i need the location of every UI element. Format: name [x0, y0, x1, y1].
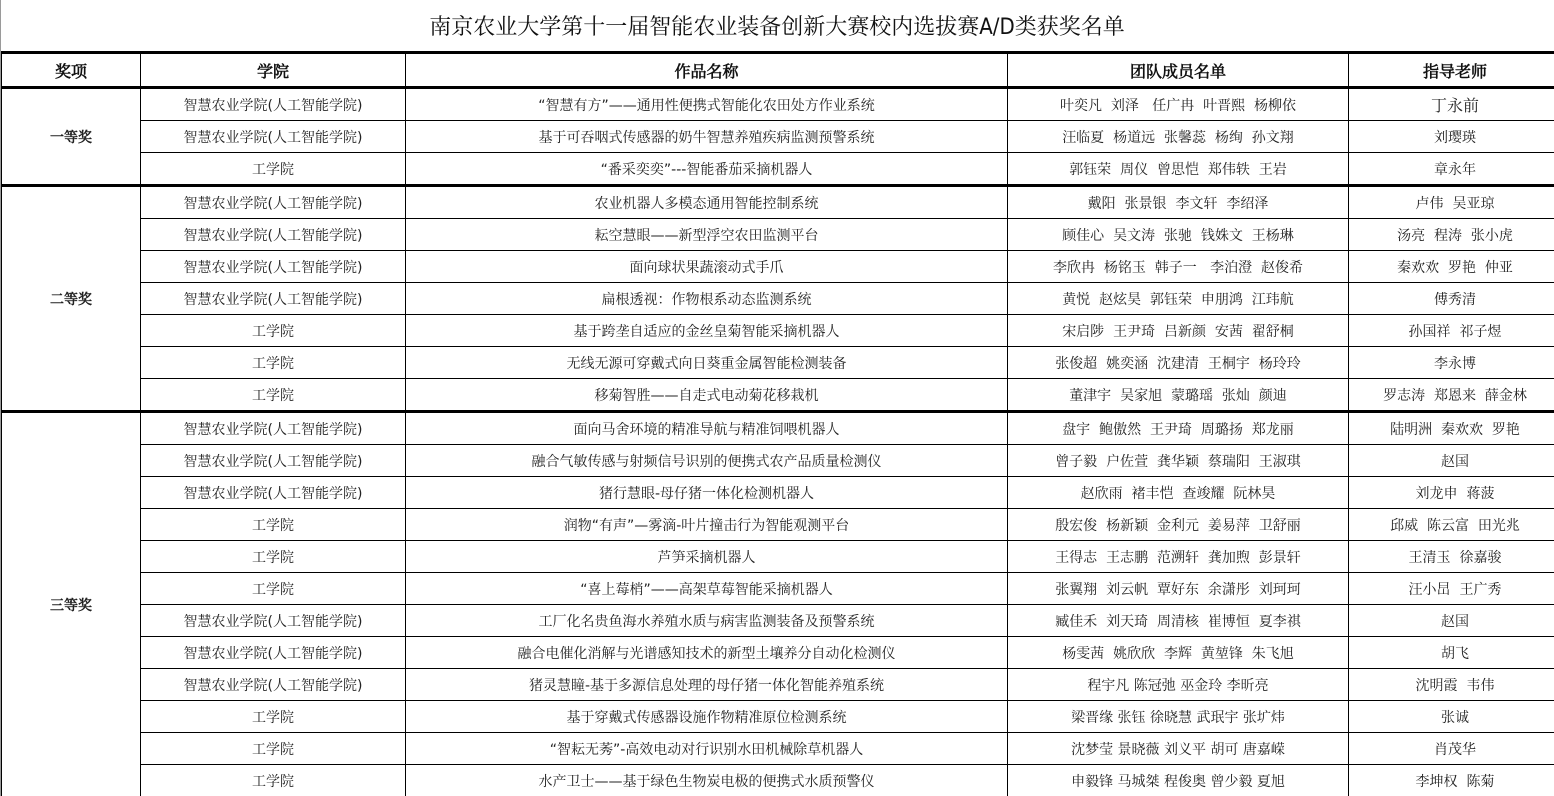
college-cell[interactable]: 智慧农业学院(人工智能学院) — [141, 637, 406, 669]
work-title-cell[interactable]: “喜上莓梢”——高架草莓智能采摘机器人 — [406, 573, 1008, 605]
work-title-cell[interactable]: 移菊智胜——自走式电动菊花移栽机 — [406, 379, 1008, 412]
table-row: 工学院“番采奕奕”---智能番茄采摘机器人郭钰荣 周仪 曾思恺 郑伟轶 王岩章永… — [2, 153, 1554, 186]
team-members-cell[interactable]: 申毅锋 马城桀 程俊奥 曾少毅 夏旭 — [1008, 765, 1349, 796]
advisor-cell[interactable]: 刘璎瑛 — [1349, 121, 1554, 153]
advisor-cell[interactable]: 汤亮 程涛 张小虎 — [1349, 219, 1554, 251]
table-row: 工学院基于跨垄自适应的金丝皇菊智能采摘机器人宋启陟 王尹琦 吕新颜 安茜 翟舒桐… — [2, 315, 1554, 347]
table-row: 工学院移菊智胜——自走式电动菊花移栽机董津宇 吴家旭 蒙璐瑶 张灿 颜迪罗志涛 … — [2, 379, 1554, 412]
college-cell[interactable]: 智慧农业学院(人工智能学院) — [141, 251, 406, 283]
work-title-cell[interactable]: 融合气敏传感与射频信号识别的便携式农产品质量检测仪 — [406, 445, 1008, 477]
work-title-cell[interactable]: 面向球状果蔬滚动式手爪 — [406, 251, 1008, 283]
college-cell[interactable]: 工学院 — [141, 315, 406, 347]
advisor-cell[interactable]: 孙国祥 祁子煜 — [1349, 315, 1554, 347]
table-row: 三等奖智慧农业学院(人工智能学院)面向马舍环境的精准导航与精准饲喂机器人盘宇 鲍… — [2, 412, 1554, 445]
team-members-cell[interactable]: 王得志 王志鹏 范溯轩 龚加煦 彭景轩 — [1008, 541, 1349, 573]
team-members-cell[interactable]: 赵欣雨 褚丰恺 查竣耀 阮林昊 — [1008, 477, 1349, 509]
college-cell[interactable]: 工学院 — [141, 509, 406, 541]
team-members-cell[interactable]: 曾子毅 户佐萱 龚华颖 蔡瑞阳 王淑琪 — [1008, 445, 1349, 477]
advisor-cell[interactable]: 胡飞 — [1349, 637, 1554, 669]
team-members-cell[interactable]: 戴阳 张景银 李文轩 李绍泽 — [1008, 186, 1349, 219]
table-row: 智慧农业学院(人工智能学院)面向球状果蔬滚动式手爪李欣冉 杨铭玉 韩子一 李泊澄… — [2, 251, 1554, 283]
work-title-cell[interactable]: 猪灵慧瞳-基于多源信息处理的母仔猪一体化智能养殖系统 — [406, 669, 1008, 701]
team-members-cell[interactable]: 张俊超 姚奕涵 沈建清 王桐宇 杨玲玲 — [1008, 347, 1349, 379]
team-members-cell[interactable]: 沈梦莹 景晓薇 刘义平 胡可 唐嘉嵘 — [1008, 733, 1349, 765]
college-cell[interactable]: 工学院 — [141, 765, 406, 796]
college-cell[interactable]: 工学院 — [141, 347, 406, 379]
team-members-cell[interactable]: 顾佳心 吴文涛 张驰 钱姝文 王杨琳 — [1008, 219, 1349, 251]
awards-table: 奖项 学院 作品名称 团队成员名单 指导老师 一等奖智慧农业学院(人工智能学院)… — [1, 51, 1554, 796]
award-cell[interactable]: 二等奖 — [2, 186, 141, 412]
work-title-cell[interactable]: 猪行慧眼-母仔猪一体化检测机器人 — [406, 477, 1008, 509]
college-cell[interactable]: 工学院 — [141, 541, 406, 573]
advisor-cell[interactable]: 张诚 — [1349, 701, 1554, 733]
sheet-title: 南京农业大学第十一届智能农业装备创新大赛校内选拔赛A/D类获奖名单 — [0, 0, 1554, 51]
college-cell[interactable]: 工学院 — [141, 701, 406, 733]
work-title-cell[interactable]: 无线无源可穿戴式向日葵重金属智能检测装备 — [406, 347, 1008, 379]
header-college[interactable]: 学院 — [141, 53, 406, 88]
award-cell[interactable]: 三等奖 — [2, 412, 141, 796]
advisor-cell[interactable]: 赵国 — [1349, 605, 1554, 637]
advisor-cell[interactable]: 陆明洲 秦欢欢 罗艳 — [1349, 412, 1554, 445]
work-title-cell[interactable]: 工厂化名贵鱼海水养殖水质与病害监测装备及预警系统 — [406, 605, 1008, 637]
work-title-cell[interactable]: 基于可吞咽式传感器的奶牛智慧养殖疾病监测预警系统 — [406, 121, 1008, 153]
advisor-cell[interactable]: 刘龙申 蒋菠 — [1349, 477, 1554, 509]
table-row: 工学院润物“有声”—雾滴-叶片撞击行为智能观测平台殷宏俊 杨新颖 金利元 姜易萍… — [2, 509, 1554, 541]
work-title-cell[interactable]: 润物“有声”—雾滴-叶片撞击行为智能观测平台 — [406, 509, 1008, 541]
table-row: 智慧农业学院(人工智能学院)猪行慧眼-母仔猪一体化检测机器人赵欣雨 褚丰恺 查竣… — [2, 477, 1554, 509]
work-title-cell[interactable]: 融合电催化消解与光谱感知技术的新型土壤养分自动化检测仪 — [406, 637, 1008, 669]
team-members-cell[interactable]: 盘宇 鲍傲然 王尹琦 周璐扬 郑龙丽 — [1008, 412, 1349, 445]
work-title-cell[interactable]: 芦笋采摘机器人 — [406, 541, 1008, 573]
work-title-cell[interactable]: 基于跨垄自适应的金丝皇菊智能采摘机器人 — [406, 315, 1008, 347]
table-row: 智慧农业学院(人工智能学院)融合气敏传感与射频信号识别的便携式农产品质量检测仪曾… — [2, 445, 1554, 477]
team-members-cell[interactable]: 董津宇 吴家旭 蒙璐瑶 张灿 颜迪 — [1008, 379, 1349, 412]
advisor-cell[interactable]: 王清玉 徐嘉骏 — [1349, 541, 1554, 573]
table-row: 工学院水产卫士——基于绿色生物炭电极的便携式水质预警仪申毅锋 马城桀 程俊奥 曾… — [2, 765, 1554, 796]
work-title-cell[interactable]: 面向马舍环境的精准导航与精准饲喂机器人 — [406, 412, 1008, 445]
advisor-cell[interactable]: 邱威 陈云富 田光兆 — [1349, 509, 1554, 541]
advisor-cell[interactable]: 李坤权 陈菊 — [1349, 765, 1554, 796]
table-row: 智慧农业学院(人工智能学院)猪灵慧瞳-基于多源信息处理的母仔猪一体化智能养殖系统… — [2, 669, 1554, 701]
table-row: 工学院基于穿戴式传感器设施作物精准原位检测系统梁晋缘 张钰 徐晓慧 武珉宇 张圹… — [2, 701, 1554, 733]
team-members-cell[interactable]: 宋启陟 王尹琦 吕新颜 安茜 翟舒桐 — [1008, 315, 1349, 347]
table-row: 工学院“喜上莓梢”——高架草莓智能采摘机器人张翼翔 刘云帆 覃好东 余潇彤 刘珂… — [2, 573, 1554, 605]
college-cell[interactable]: 工学院 — [141, 153, 406, 186]
team-members-cell[interactable]: 杨雯茜 姚欣欣 李辉 黄堃锋 朱飞旭 — [1008, 637, 1349, 669]
table-row: 智慧农业学院(人工智能学院)基于可吞咽式传感器的奶牛智慧养殖疾病监测预警系统汪临… — [2, 121, 1554, 153]
advisor-cell[interactable]: 丁永前 — [1349, 88, 1554, 121]
advisor-cell[interactable]: 罗志涛 郑恩来 薛金林 — [1349, 379, 1554, 412]
work-title-cell[interactable]: 耘空慧眼——新型浮空农田监测平台 — [406, 219, 1008, 251]
advisor-cell[interactable]: 赵国 — [1349, 445, 1554, 477]
advisor-cell[interactable]: 傅秀清 — [1349, 283, 1554, 315]
header-work-title[interactable]: 作品名称 — [406, 53, 1008, 88]
table-row: 智慧农业学院(人工智能学院)耘空慧眼——新型浮空农田监测平台顾佳心 吴文涛 张驰… — [2, 219, 1554, 251]
work-title-cell[interactable]: 扁根透视：作物根系动态监测系统 — [406, 283, 1008, 315]
work-title-cell[interactable]: “智耘无莠”-高效电动对行识别水田机械除草机器人 — [406, 733, 1008, 765]
table-row: 工学院“智耘无莠”-高效电动对行识别水田机械除草机器人沈梦莹 景晓薇 刘义平 胡… — [2, 733, 1554, 765]
college-cell[interactable]: 智慧农业学院(人工智能学院) — [141, 121, 406, 153]
team-members-cell[interactable]: 张翼翔 刘云帆 覃好东 余潇彤 刘珂珂 — [1008, 573, 1349, 605]
table-row: 一等奖智慧农业学院(人工智能学院)“智慧有方”——通用性便携式智能化农田处方作业… — [2, 88, 1554, 121]
team-members-cell[interactable]: 殷宏俊 杨新颖 金利元 姜易萍 卫舒丽 — [1008, 509, 1349, 541]
college-cell[interactable]: 智慧农业学院(人工智能学院) — [141, 219, 406, 251]
award-cell[interactable]: 一等奖 — [2, 88, 141, 186]
work-title-cell[interactable]: 水产卫士——基于绿色生物炭电极的便携式水质预警仪 — [406, 765, 1008, 796]
college-cell[interactable]: 智慧农业学院(人工智能学院) — [141, 283, 406, 315]
team-members-cell[interactable]: 李欣冉 杨铭玉 韩子一 李泊澄 赵俊希 — [1008, 251, 1349, 283]
advisor-cell[interactable]: 沈明霞 韦伟 — [1349, 669, 1554, 701]
advisor-cell[interactable]: 章永年 — [1349, 153, 1554, 186]
work-title-cell[interactable]: “智慧有方”——通用性便携式智能化农田处方作业系统 — [406, 88, 1008, 121]
table-row: 工学院芦笋采摘机器人王得志 王志鹏 范溯轩 龚加煦 彭景轩王清玉 徐嘉骏 — [2, 541, 1554, 573]
table-row: 工学院无线无源可穿戴式向日葵重金属智能检测装备张俊超 姚奕涵 沈建清 王桐宇 杨… — [2, 347, 1554, 379]
header-row: 奖项 学院 作品名称 团队成员名单 指导老师 — [2, 53, 1554, 88]
team-members-cell[interactable]: 梁晋缘 张钰 徐晓慧 武珉宇 张圹炜 — [1008, 701, 1349, 733]
header-award[interactable]: 奖项 — [2, 53, 141, 88]
advisor-cell[interactable]: 李永博 — [1349, 347, 1554, 379]
team-members-cell[interactable]: 黄悦 赵炫昊 郭钰荣 申朋鸿 江玮航 — [1008, 283, 1349, 315]
college-cell[interactable]: 智慧农业学院(人工智能学院) — [141, 605, 406, 637]
table-row: 二等奖智慧农业学院(人工智能学院)农业机器人多模态通用智能控制系统戴阳 张景银 … — [2, 186, 1554, 219]
team-members-cell[interactable]: 程宇凡 陈冠弛 巫金玲 李昕亮 — [1008, 669, 1349, 701]
college-cell[interactable]: 智慧农业学院(人工智能学院) — [141, 477, 406, 509]
table-row: 智慧农业学院(人工智能学院)扁根透视：作物根系动态监测系统黄悦 赵炫昊 郭钰荣 … — [2, 283, 1554, 315]
college-cell[interactable]: 工学院 — [141, 379, 406, 412]
college-cell[interactable]: 工学院 — [141, 573, 406, 605]
advisor-cell[interactable]: 肖茂华 — [1349, 733, 1554, 765]
header-advisor[interactable]: 指导老师 — [1349, 53, 1554, 88]
advisor-cell[interactable]: 秦欢欢 罗艳 仲亚 — [1349, 251, 1554, 283]
college-cell[interactable]: 工学院 — [141, 733, 406, 765]
work-title-cell[interactable]: “番采奕奕”---智能番茄采摘机器人 — [406, 153, 1008, 186]
advisor-cell[interactable]: 卢伟 吴亚琼 — [1349, 186, 1554, 219]
table-row: 智慧农业学院(人工智能学院)工厂化名贵鱼海水养殖水质与病害监测装备及预警系统臧佳… — [2, 605, 1554, 637]
header-team-members[interactable]: 团队成员名单 — [1008, 53, 1349, 88]
college-cell[interactable]: 智慧农业学院(人工智能学院) — [141, 412, 406, 445]
college-cell[interactable]: 智慧农业学院(人工智能学院) — [141, 669, 406, 701]
college-cell[interactable]: 智慧农业学院(人工智能学院) — [141, 445, 406, 477]
team-members-cell[interactable]: 汪临夏 杨道远 张馨蕊 杨绚 孙文翔 — [1008, 121, 1349, 153]
team-members-cell[interactable]: 臧佳禾 刘天琦 周清核 崔博恒 夏李祺 — [1008, 605, 1349, 637]
work-title-cell[interactable]: 基于穿戴式传感器设施作物精准原位检测系统 — [406, 701, 1008, 733]
college-cell[interactable]: 智慧农业学院(人工智能学院) — [141, 186, 406, 219]
table-row: 智慧农业学院(人工智能学院)融合电催化消解与光谱感知技术的新型土壤养分自动化检测… — [2, 637, 1554, 669]
work-title-cell[interactable]: 农业机器人多模态通用智能控制系统 — [406, 186, 1008, 219]
team-members-cell[interactable]: 郭钰荣 周仪 曾思恺 郑伟轶 王岩 — [1008, 153, 1349, 186]
college-cell[interactable]: 智慧农业学院(人工智能学院) — [141, 88, 406, 121]
advisor-cell[interactable]: 汪小旵 王广秀 — [1349, 573, 1554, 605]
team-members-cell[interactable]: 叶奕凡 刘泽 任广冉 叶晋熙 杨柳依 — [1008, 88, 1349, 121]
